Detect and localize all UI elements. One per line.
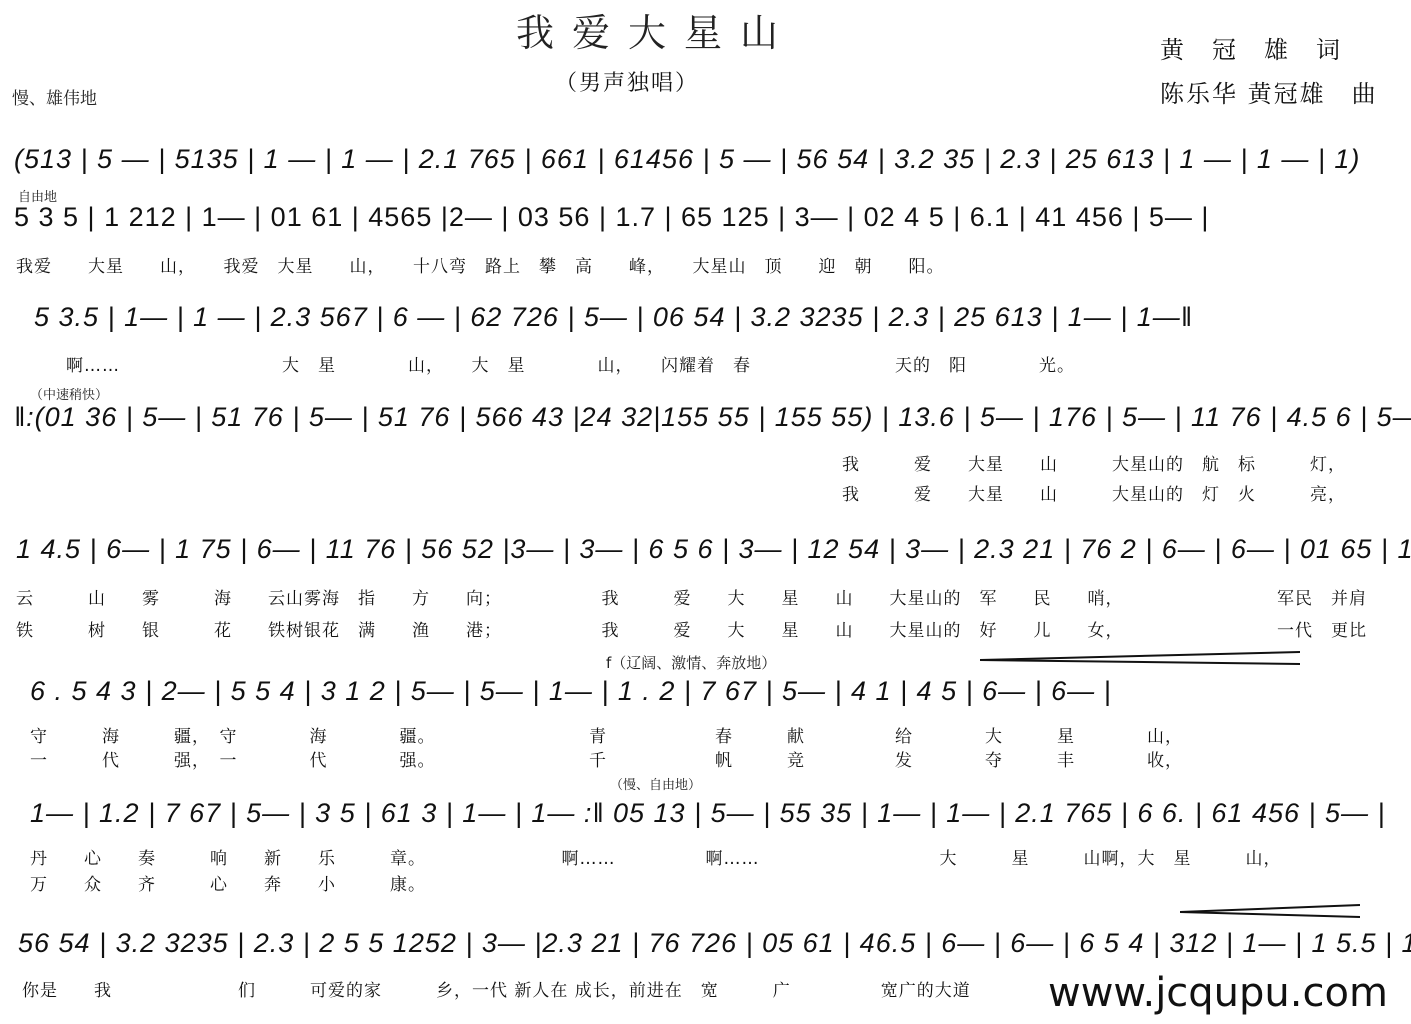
- score-system-3: 5 3.5 | 1— | 1 — | 2.3 567 | 6 — | 62 72…: [34, 302, 1193, 333]
- lyric-line-verse-1: 我 爱 大星 山 大星山的 航 标 灯，: [842, 450, 1346, 475]
- lyric-line-verse-1: 丹 心 奏 响 新 乐 章。 啊…… 啊…… 大 星 山啊，大 星 山，: [30, 844, 1282, 869]
- tempo-marking: 慢、雄伟地: [12, 84, 97, 109]
- tempo-change-mark: （中速稍快）: [30, 384, 108, 403]
- lyric-line: 啊…… 大 星 山， 大 星 山， 闪耀着 春 天的 阳 光。: [66, 351, 1075, 376]
- song-subtitle: （男声独唱）: [555, 66, 699, 97]
- score-system-2: 5 3 5 | 1 212 | 1— | 01 61 | 4565 |2— | …: [14, 202, 1209, 233]
- score-system-6: 6 . 5 4 3 | 2— | 5 5 4 | 3 1 2 | 5— | 5—…: [30, 676, 1112, 707]
- composer-credit: 陈乐华 黄冠雄 曲: [1160, 74, 1378, 109]
- lyricist-credit: 黄 冠 雄 词: [1160, 30, 1342, 65]
- dynamics-mark: f（辽阔、激情、奔放地）: [606, 652, 776, 673]
- score-system-7: 1— | 1.2 | 7 67 | 5— | 3 5 | 61 3 | 1— |…: [30, 798, 1386, 829]
- score-system-8: 56 54 | 3.2 3235 | 2.3 | 2 5 5 1252 | 3—…: [18, 928, 1411, 959]
- song-title: 我爱大星山: [516, 2, 796, 57]
- score-system-1: (513 | 5 — | 5135 | 1 — | 1 — | 2.1 765 …: [14, 144, 1360, 175]
- lyric-line-verse-1: 守 海 疆， 守 海 疆。 青 春 献 给 大 星 山，: [30, 722, 1183, 747]
- lyric-line-verse-2: 我 爱 大星 山 大星山的 灯 火 亮，: [842, 480, 1346, 505]
- score-system-5: 1 4.5 | 6— | 1 75 | 6— | 11 76 | 56 52 |…: [16, 534, 1411, 565]
- tempo-change-mark: （慢、自由地）: [610, 774, 701, 793]
- lyric-line: 你是 我 们 可爱的家 乡，一代 新人在 成长，前进在 宽 广 宽广的大道: [22, 976, 971, 1001]
- lyric-line-verse-2: 铁 树 银 花 铁树银花 满 渔 港； 我 爱 大 星 山 大星山的 好 儿 女…: [16, 616, 1367, 641]
- crescendo-hairpin: [980, 650, 1300, 670]
- score-system-4: ‖:(01 36 | 5— | 51 76 | 5— | 51 76 | 566…: [14, 402, 1411, 433]
- lyric-line: 我爱 大星 山， 我爱 大星 山， 十八弯 路上 攀 高 峰， 大星山 顶 迎 …: [16, 252, 945, 277]
- site-watermark: www.jcqupu.com: [1042, 970, 1394, 1016]
- lyric-line-verse-2: 一 代 强， 一 代 强。 千 帆 竞 发 夺 丰 收，: [30, 746, 1183, 771]
- lyric-line-verse-2: 万 众 齐 心 奔 小 康。: [30, 870, 426, 895]
- crescendo-hairpin: [1180, 904, 1360, 920]
- lyric-line-verse-1: 云 山 雾 海 云山雾海 指 方 向； 我 爱 大 星 山 大星山的 军 民 哨…: [16, 584, 1367, 609]
